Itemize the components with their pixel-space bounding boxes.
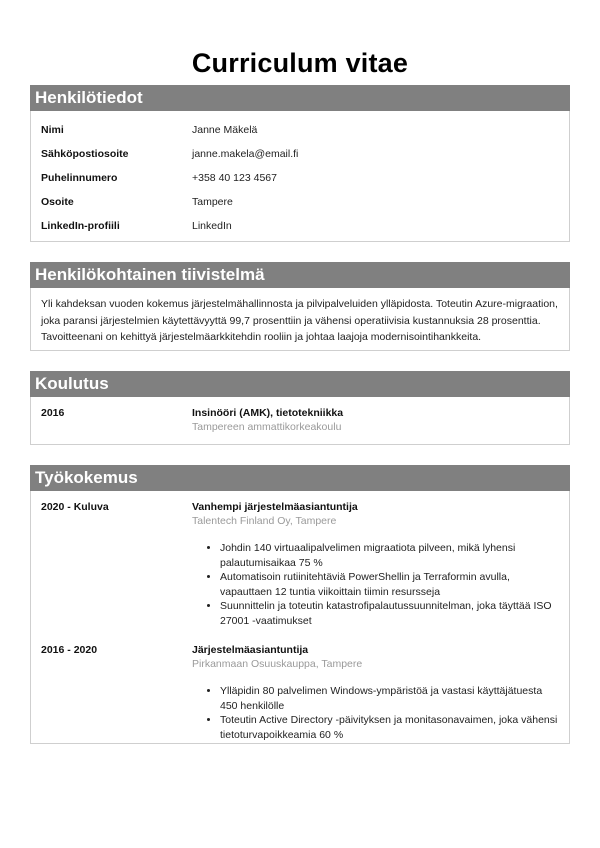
entry-date: 2020 - Kuluva: [41, 500, 192, 628]
section-work-experience: Työkokemus 2020 - Kuluva Vanhempi järjes…: [30, 465, 570, 744]
info-row-address: Osoite Tampere: [41, 195, 559, 219]
achievement-item: Ylläpidin 80 palvelimen Windows-ympärist…: [220, 684, 559, 713]
achievement-list: Ylläpidin 80 palvelimen Windows-ympärist…: [192, 684, 559, 742]
entry-title: Vanhempi järjestelmäasiantuntija: [192, 500, 559, 514]
info-label: LinkedIn-profiili: [41, 219, 192, 243]
section-personal-info: Henkilötiedot Nimi Janne Mäkelä Sähköpos…: [30, 85, 570, 242]
achievement-item: Suunnittelin ja toteutin katastrofipalau…: [220, 599, 559, 628]
section-summary: Henkilökohtainen tiivistelmä Yli kahdeks…: [30, 262, 570, 351]
entry-company: Talentech Finland Oy, Tampere: [192, 514, 559, 529]
info-value: Tampere: [192, 195, 559, 219]
info-row-name: Nimi Janne Mäkelä: [41, 123, 559, 147]
info-row-email: Sähköpostiosoite janne.makela@email.fi: [41, 147, 559, 171]
info-label: Osoite: [41, 195, 192, 219]
achievement-item: Toteutin Active Directory -päivityksen j…: [220, 713, 559, 742]
section-heading: Henkilökohtainen tiivistelmä: [30, 262, 570, 288]
achievement-list: Johdin 140 virtuaalipalvelimen migraatio…: [192, 541, 559, 628]
linkedin-link[interactable]: LinkedIn: [192, 219, 559, 243]
job-entry: 2020 - Kuluva Vanhempi järjestelmäasiant…: [41, 500, 559, 628]
entry-title: Järjestelmäasiantuntija: [192, 643, 559, 657]
entry-institution: Tampereen ammattikorkeakoulu: [192, 420, 559, 435]
entry-title: Insinööri (AMK), tietotekniikka: [192, 406, 559, 420]
section-heading: Henkilötiedot: [30, 85, 570, 111]
achievement-item: Johdin 140 virtuaalipalvelimen migraatio…: [220, 541, 559, 570]
info-value: Janne Mäkelä: [192, 123, 559, 147]
info-row-linkedin: LinkedIn-profiili LinkedIn: [41, 219, 559, 243]
summary-text: Yli kahdeksan vuoden kokemus järjestelmä…: [41, 296, 559, 346]
document-title: Curriculum vitae: [0, 48, 600, 79]
entry-date: 2016: [41, 406, 192, 435]
section-heading: Koulutus: [30, 371, 570, 397]
info-label: Nimi: [41, 123, 192, 147]
job-entry: 2016 - 2020 Järjestelmäasiantuntija Pirk…: [41, 643, 559, 742]
section-education: Koulutus 2016 Insinööri (AMK), tietotekn…: [30, 371, 570, 445]
section-heading: Työkokemus: [30, 465, 570, 491]
entry-company: Pirkanmaan Osuuskauppa, Tampere: [192, 657, 559, 672]
info-row-phone: Puhelinnumero +358 40 123 4567: [41, 171, 559, 195]
info-label: Sähköpostiosoite: [41, 147, 192, 171]
info-label: Puhelinnumero: [41, 171, 192, 195]
info-value: +358 40 123 4567: [192, 171, 559, 195]
email-value[interactable]: janne.makela@email.fi: [192, 147, 559, 171]
entry-date: 2016 - 2020: [41, 643, 192, 742]
achievement-item: Automatisoin rutiinitehtäviä PowerShelli…: [220, 570, 559, 599]
education-entry: 2016 Insinööri (AMK), tietotekniikka Tam…: [41, 406, 559, 435]
